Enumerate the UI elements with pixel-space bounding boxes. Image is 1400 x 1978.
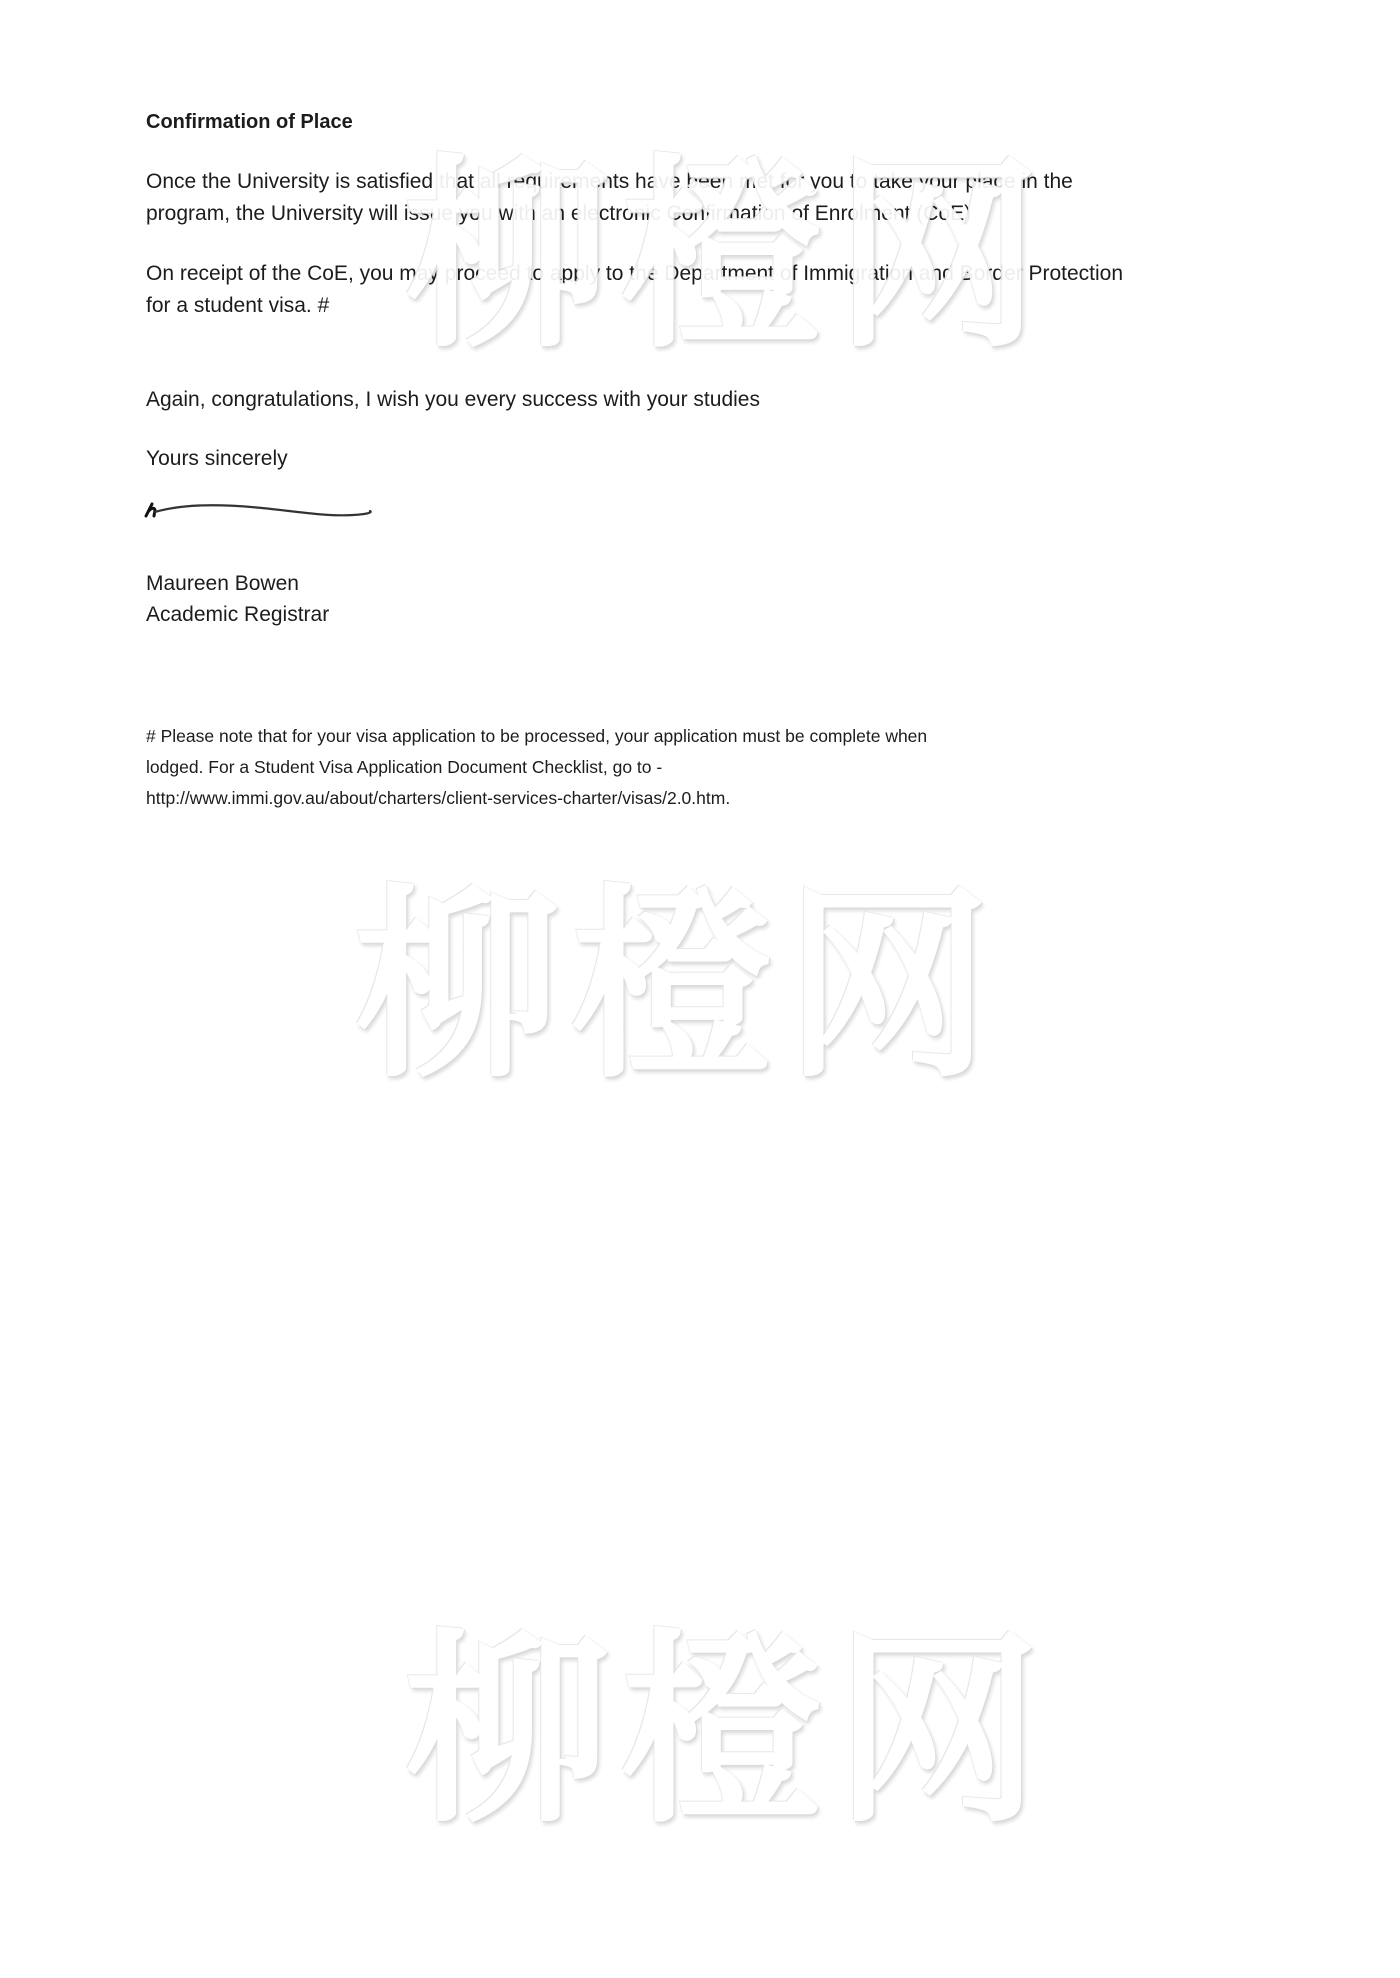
valediction: Yours sincerely xyxy=(146,443,288,475)
document-page: Confirmation of Place Once the Universit… xyxy=(0,0,1400,1978)
signatory-title: Academic Registrar xyxy=(146,599,329,631)
paragraph-line: for a student visa. # xyxy=(146,290,1123,322)
signatory-name: Maureen Bowen xyxy=(146,568,299,600)
watermark: 柳橙网 xyxy=(355,885,1000,1090)
paragraph-visa-apply: On receipt of the CoE, you may proceed t… xyxy=(146,258,1123,322)
paragraph-line: Once the University is satisfied that al… xyxy=(146,166,1073,198)
footnote-line: # Please note that for your visa applica… xyxy=(146,721,927,752)
closing-line: Again, congratulations, I wish you every… xyxy=(146,384,760,416)
paragraph-coe-issue: Once the University is satisfied that al… xyxy=(146,166,1073,230)
paragraph-line: On receipt of the CoE, you may proceed t… xyxy=(146,258,1123,290)
watermark: 柳橙网 xyxy=(405,1630,1050,1835)
section-heading: Confirmation of Place xyxy=(146,106,353,138)
signature-image xyxy=(142,494,382,524)
paragraph-line: program, the University will issue you w… xyxy=(146,198,1073,230)
footnote-line: lodged. For a Student Visa Application D… xyxy=(146,752,662,783)
footnote-url[interactable]: http://www.immi.gov.au/about/charters/cl… xyxy=(146,783,730,814)
